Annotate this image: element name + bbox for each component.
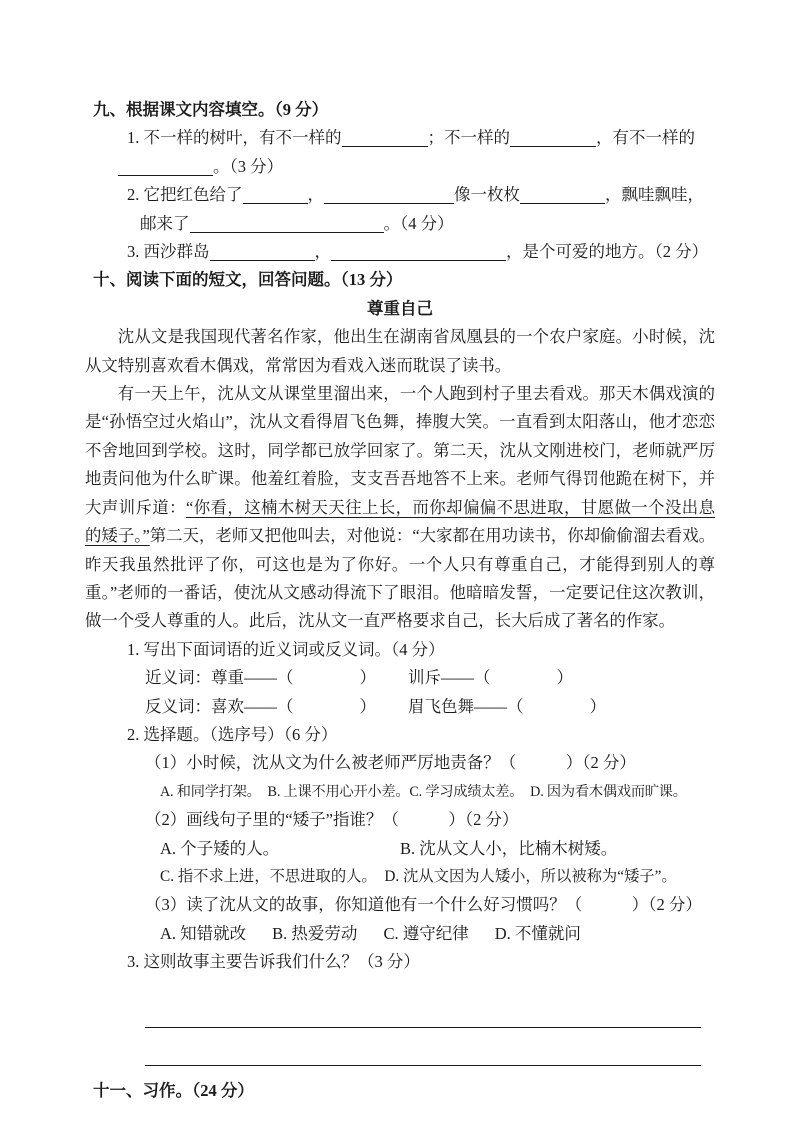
fill-blank	[324, 187, 454, 205]
fill-blank	[510, 130, 596, 148]
passage-paragraph-1: 沈从文是我国现代著名作家，他出生在湖南省凤凰县的一个农户家庭。小时候，沈从文特别…	[85, 323, 715, 380]
question-2-1-options: A. 和同学打架。 B. 上课不用心开小差。C. 学习成绩太差。 D. 因为看木…	[160, 778, 715, 806]
section-nine-heading: 九、根据课文内容填空。（9 分）	[93, 96, 715, 124]
question-2-2-option-a: A. 个子矮的人。	[160, 835, 400, 863]
synonym-row: 近义词：尊重——（ ）训斥——（ ）	[145, 664, 715, 692]
question-2-2-options-cd: C. 指不求上进，不思进取的人。 D. 沈从文因为人矮小，所以被称为“矮子”。	[160, 863, 715, 891]
fill-item-3-text-b: ，	[315, 242, 332, 261]
question-2-3-options: A. 知错就改B. 热爱劳动C. 遵守纪律D. 不懂就问	[160, 920, 715, 948]
question-2: 2. 选择题。（选序号）（6 分）	[127, 721, 715, 749]
fill-item-2-text-e: 邮来了	[140, 214, 190, 233]
fill-blank	[118, 158, 213, 176]
section-eleven-heading: 十一、习作。（24 分）	[93, 1077, 715, 1105]
fill-blank	[520, 187, 605, 205]
fill-item-3-line: 3. 西沙群岛，，是个可爱的地方。（2 分）	[127, 238, 715, 266]
fill-item-1-text-b: ；不一样的	[428, 128, 511, 147]
question-2-3: （3）读了沈从文的故事，你知道他有一个什么好习惯吗？（ ）（2 分）	[145, 891, 715, 919]
synonym-pair-right: 训斥——（ ）	[408, 668, 573, 687]
fill-item-1-line-1: 1. 不一样的树叶，有不一样的；不一样的，有不一样的	[127, 124, 715, 152]
antonym-row: 反义词：喜欢——（ ）眉飞色舞——（ ）	[145, 693, 715, 721]
fill-blank	[331, 244, 506, 262]
antonym-pair-right: 眉飞色舞——（ ）	[408, 697, 606, 716]
fill-item-3-text-a: 3. 西沙群岛	[127, 242, 210, 261]
fill-item-3-text-c: ，是个可爱的地方。（2 分）	[506, 242, 708, 261]
fill-item-2-text-f: 。（4 分）	[384, 214, 454, 233]
paragraph-1-text: 沈从文是我国现代著名作家，他出生在湖南省凤凰县的一个农户家庭。小时候，沈从文特别…	[85, 327, 715, 374]
question-2-2-options-ab: A. 个子矮的人。B. 沈从文人小，比楠木树矮。	[160, 835, 715, 863]
fill-item-2-text-c: 像一枚枚	[454, 185, 520, 204]
question-2-3-option-b: B. 热爱劳动	[272, 924, 357, 943]
question-2-3-option-c: C. 遵守纪律	[383, 924, 468, 943]
question-2-3-option-d: D. 不懂就问	[495, 924, 581, 943]
fill-blank	[190, 215, 384, 233]
answer-line	[145, 1027, 701, 1028]
fill-blank	[342, 130, 428, 148]
exam-content: 九、根据课文内容填空。（9 分） 1. 不一样的树叶，有不一样的；不一样的，有不…	[85, 96, 715, 1105]
question-2-3-option-a: A. 知错就改	[160, 924, 246, 943]
paragraph-2-text-after: 第二天，老师又把他叫去，对他说：“大家都在用功读书，你却偷偷溜去看戏。昨天我虽然…	[85, 526, 715, 630]
exam-paper-page: 九、根据课文内容填空。（9 分） 1. 不一样的树叶，有不一样的；不一样的，有不…	[0, 0, 793, 1122]
fill-item-1-text-d: 。（3 分）	[213, 157, 283, 176]
fill-item-2-line-2: 邮来了。（4 分）	[140, 210, 715, 238]
question-2-2: （2）画线句子里的“矮子”指谁？（ ）（2 分）	[145, 806, 715, 834]
synonym-pair-left: 近义词：尊重——（ ）	[145, 664, 408, 692]
question-2-1: （1）小时候，沈从文为什么被老师严厉地责备？（ ）（2 分）	[145, 749, 715, 777]
antonym-pair-left: 反义词：喜欢——（ ）	[145, 693, 408, 721]
question-1: 1. 写出下面词语的近义词或反义词。（4 分）	[127, 636, 715, 664]
section-ten-heading: 十、阅读下面的短文，回答问题。（13 分）	[93, 266, 715, 294]
fill-item-2-line-1: 2. 它把红色给了，像一枚枚，飘哇飘哇，	[127, 181, 715, 209]
fill-item-2-text-a: 2. 它把红色给了	[127, 185, 243, 204]
question-3: 3. 这则故事主要告诉我们什么？（3 分）	[127, 948, 715, 976]
fill-blank	[243, 187, 308, 205]
passage-title: 尊重自己	[85, 295, 715, 323]
passage-paragraph-2: 有一天上午，沈从文从课堂里溜出来，一个人跑到村子里去看戏。那天木偶戏演的是“孙悟…	[85, 380, 715, 636]
fill-item-2-text-b: ，	[308, 185, 325, 204]
fill-item-2-text-d: ，飘哇飘哇，	[605, 185, 704, 204]
question-2-2-option-b: B. 沈从文人小，比楠木树矮。	[400, 839, 617, 858]
fill-item-1-text-c: ，有不一样的	[596, 128, 695, 147]
fill-item-1-line-2: 。（3 分）	[118, 153, 715, 181]
fill-blank	[210, 244, 315, 262]
answer-line	[145, 1065, 701, 1066]
fill-item-1-text-a: 1. 不一样的树叶，有不一样的	[127, 128, 342, 147]
